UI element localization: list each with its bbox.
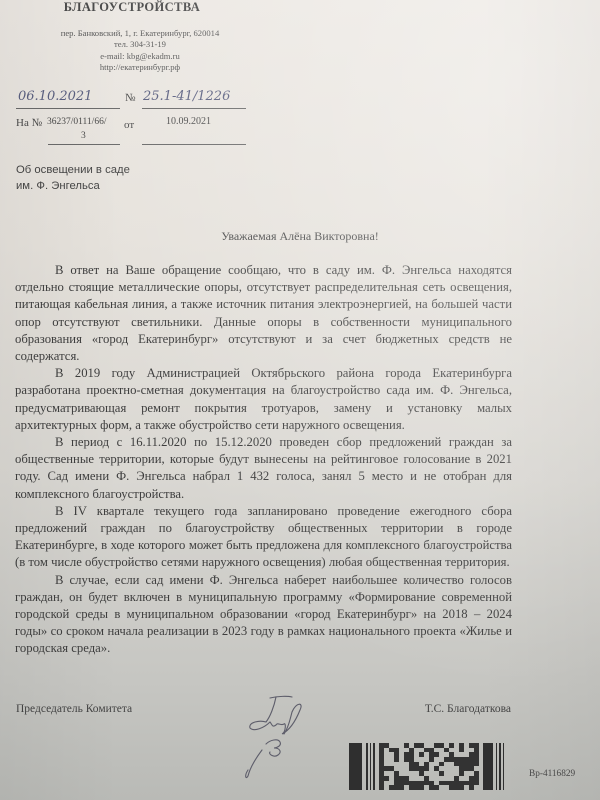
barcode-data-matrix — [379, 743, 479, 790]
website: http://екатеринбург.рф — [20, 62, 260, 73]
address: пер. Банковский, 1, г. Екатеринбург, 620… — [20, 28, 260, 39]
reply-to-date: 10.09.2021 — [166, 116, 211, 127]
organization-title: БЛАГОУСТРОЙСТВА — [62, 0, 202, 15]
paragraph-1: В ответ на Ваше обращение сообщаю, что в… — [15, 262, 512, 365]
reply-to-label: На № — [16, 117, 42, 129]
reply-date-underline — [142, 144, 246, 145]
paragraph-3: В период с 16.11.2020 по 15.12.2020 пров… — [15, 434, 512, 503]
paragraph-2: В 2019 году Администрацией Октябрьского … — [15, 365, 512, 434]
signatory-name: Т.С. Благодаткова — [425, 703, 511, 715]
from-label: от — [124, 119, 134, 131]
phone: тел. 304-31-19 — [20, 39, 260, 50]
number-label: № — [125, 92, 136, 104]
subject-line-1: Об освещении в саде — [16, 162, 130, 178]
outgoing-number: 25.1-41/1226 — [143, 89, 230, 104]
email: e-mail: kbg@ekadm.ru — [20, 51, 260, 62]
reply-to-number-suffix: 3 — [81, 131, 86, 141]
contact-block: пер. Банковский, 1, г. Екатеринбург, 620… — [20, 28, 260, 74]
salutation: Уважаемая Алёна Викторовна! — [0, 229, 600, 244]
pdf417-barcode-icon — [349, 743, 519, 790]
letter-body: В ответ на Ваше обращение сообщаю, что в… — [15, 262, 512, 658]
handwritten-signature-icon — [240, 692, 310, 782]
letter-page: БЛАГОУСТРОЙСТВА пер. Банковский, 1, г. Е… — [0, 0, 600, 800]
date-underline — [16, 108, 120, 109]
document-id: Вр-4116829 — [529, 769, 575, 779]
subject: Об освещении в саде им. Ф. Энгельса — [16, 162, 130, 194]
reply-to-number: 36237/0111/66/ — [47, 117, 106, 127]
paragraph-5: В случае, если сад имени Ф. Энгельса наб… — [15, 572, 512, 658]
number-underline — [142, 108, 246, 109]
subject-line-2: им. Ф. Энгельса — [16, 178, 130, 194]
signatory-position: Председатель Комитета — [16, 703, 132, 715]
paragraph-4: В IV квартале текущего года запланирован… — [15, 503, 512, 572]
outgoing-date: 06.10.2021 — [18, 89, 92, 104]
reply-number-underline — [48, 144, 120, 145]
